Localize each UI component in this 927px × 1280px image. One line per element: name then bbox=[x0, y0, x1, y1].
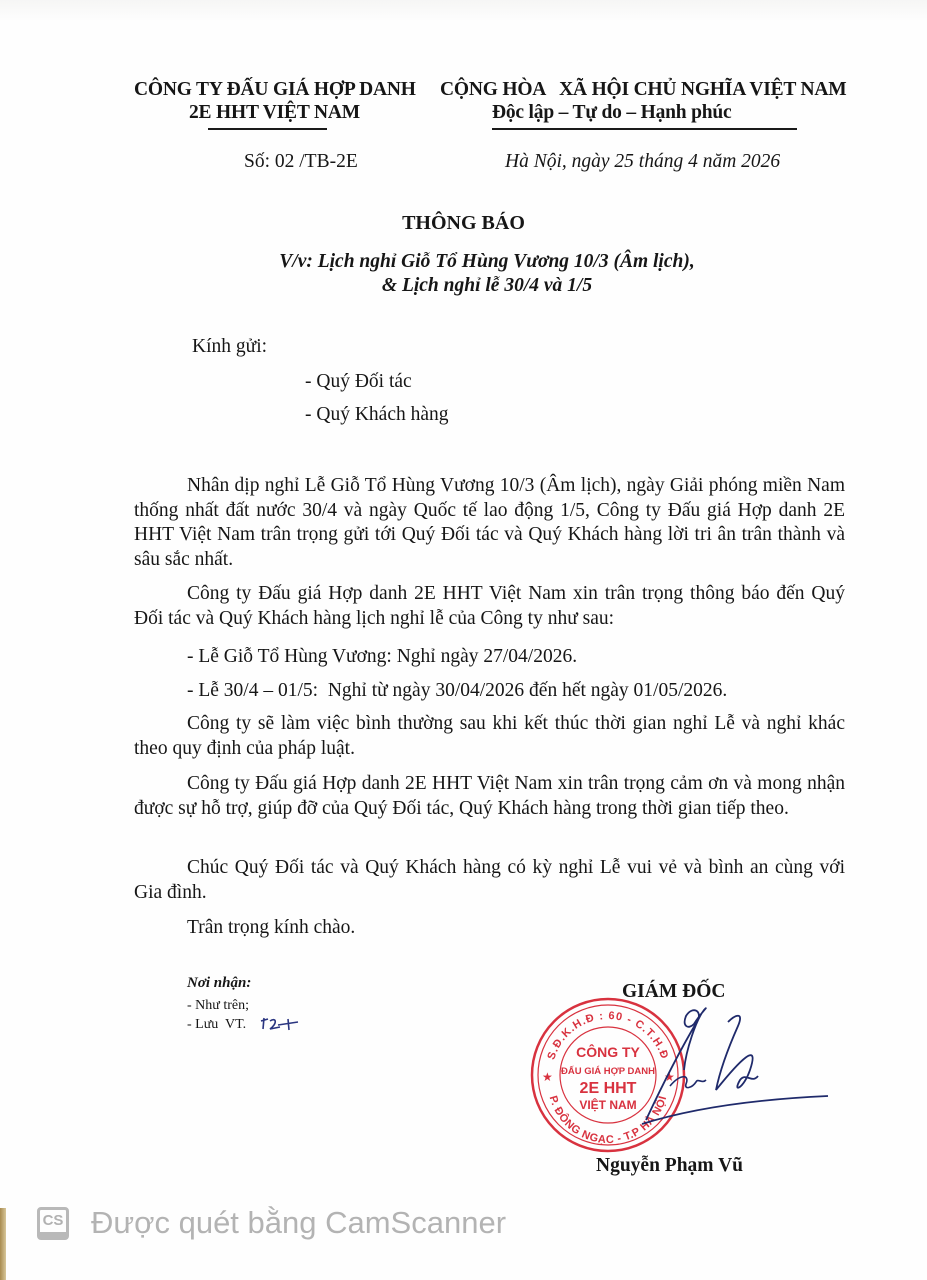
schedule-item: - Lễ Giỗ Tổ Hùng Vương: Nghỉ ngày 27/04/… bbox=[187, 645, 577, 670]
body-paragraph-announcement: Công ty Đấu giá Hợp danh 2E HHT Việt Nam… bbox=[134, 582, 845, 631]
body-paragraph-thanks: Công ty Đấu giá Hợp danh 2E HHT Việt Nam… bbox=[134, 772, 845, 821]
place-and-date: Hà Nội, ngày 25 tháng 4 năm 2026 bbox=[505, 150, 780, 175]
national-motto: CỘNG HÒA XÃ HỘI CHỦ NGHĨA VIỆT NAM bbox=[440, 79, 847, 101]
body-paragraph-resume: Công ty sẽ làm việc bình thường sau khi … bbox=[134, 712, 845, 761]
camscanner-logo-icon: CS bbox=[37, 1207, 69, 1240]
camscanner-watermark: Được quét bằng CamScanner bbox=[91, 1205, 506, 1241]
recipient-item: - Quý Khách hàng bbox=[305, 403, 449, 428]
initials-mark bbox=[258, 1015, 306, 1035]
signatory-name: Nguyễn Phạm Vũ bbox=[596, 1155, 743, 1177]
scan-edge-shadow bbox=[0, 1208, 6, 1280]
subject-line-1: V/v: Lịch nghỉ Giỗ Tổ Hùng Vương 10/3 (Â… bbox=[100, 251, 874, 273]
seal-line-4: VIỆT NAM bbox=[579, 1097, 636, 1112]
subject-line-2: & Lịch nghỉ lễ 30/4 và 1/5 bbox=[100, 275, 874, 297]
body-paragraph-intro: Nhân dịp nghỉ Lễ Giỗ Tổ Hùng Vương 10/3 … bbox=[134, 474, 845, 572]
distribution-item: - Như trên; bbox=[187, 998, 249, 1014]
distribution-item: - Lưu VT. bbox=[187, 1017, 246, 1033]
recipients-label: Kính gửi: bbox=[192, 335, 267, 360]
slogan-underline bbox=[492, 128, 797, 130]
organization-name-line2: 2E HHT VIỆT NAM bbox=[189, 102, 360, 124]
org-underline bbox=[208, 128, 327, 130]
sign-off: Trân trọng kính chào. bbox=[187, 916, 355, 941]
scanned-document-page: CÔNG TY ĐẤU GIÁ HỢP DANH 2E HHT VIỆT NAM… bbox=[0, 0, 927, 1280]
organization-name: CÔNG TY ĐẤU GIÁ HỢP DANH bbox=[134, 79, 416, 101]
distribution-label: Nơi nhận: bbox=[187, 975, 251, 992]
handwritten-signature bbox=[640, 1000, 830, 1130]
recipient-item: - Quý Đối tác bbox=[305, 370, 412, 395]
svg-text:★: ★ bbox=[542, 1070, 553, 1084]
document-title: THÔNG BÁO bbox=[0, 212, 927, 235]
document-number: Số: 02 /TB-2E bbox=[244, 150, 358, 175]
body-paragraph-wishes: Chúc Quý Đối tác và Quý Khách hàng có kỳ… bbox=[134, 856, 845, 905]
seal-line-1: CÔNG TY bbox=[576, 1043, 640, 1060]
seal-line-3: 2E HHT bbox=[580, 1080, 637, 1097]
schedule-item: - Lễ 30/4 – 01/5: Nghỉ từ ngày 30/04/202… bbox=[187, 679, 727, 704]
national-slogan: Độc lập – Tự do – Hạnh phúc bbox=[492, 102, 731, 124]
